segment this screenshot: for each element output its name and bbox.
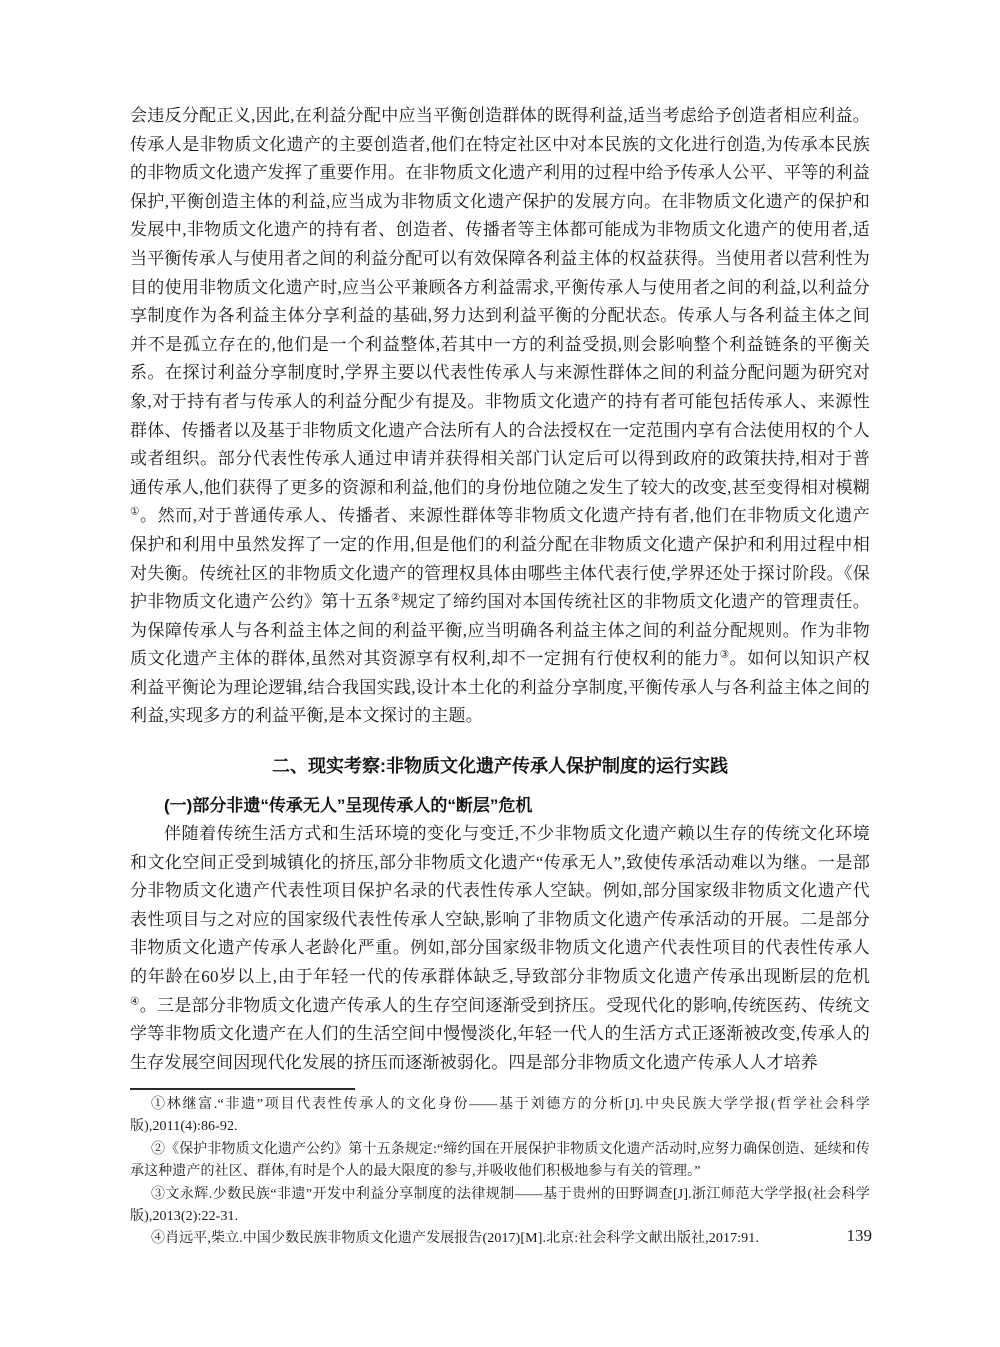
footnote-block: ①林继富.“非遗”项目代表性传承人的文化身份——基于刘德方的分析[J].中央民族… [130, 1088, 870, 1251]
body-text-column: 会违反分配正义,因此,在利益分配中应当平衡创造群体的既得利益,适当考虑给予创造者… [130, 102, 870, 1087]
page-number: 139 [847, 1226, 873, 1246]
footnote-marker-superscript: ④ [130, 996, 140, 1007]
footnote-1: ①林继富.“非遗”项目代表性传承人的文化身份——基于刘德方的分析[J].中央民族… [130, 1094, 870, 1139]
document-page: 会违反分配正义,因此,在利益分配中应当平衡创造群体的既得利益,适当考虑给予创造者… [0, 0, 1000, 1347]
footnote-separator-rule [130, 1088, 355, 1090]
text-run: 会违反分配正义,因此,在利益分配中应当平衡创造群体的既得利益,适当考虑给予创造者… [130, 106, 870, 497]
section-heading: 二、现实考察:非物质文化遗产传承人保护制度的运行实践 [130, 752, 870, 781]
footnote-2: ②《保护非物质文化遗产公约》第十五条规定:“缔约国在开展保护非物质文化遗产活动时… [130, 1139, 870, 1184]
text-run: 伴随着传统生活方式和生活环境的变化与变迁,不少非物质文化遗产赖以生存的传统文化环… [130, 824, 870, 986]
footnote-4: ④肖远平,柴立.中国少数民族非物质文化遗产发展报告(2017)[M].北京:社会… [130, 1228, 870, 1250]
subsection-heading: (一)部分非遗“传承无人”呈现传承人的“断层”危机 [130, 792, 870, 820]
paragraph-continued: 会违反分配正义,因此,在利益分配中应当平衡创造群体的既得利益,适当考虑给予创造者… [130, 102, 870, 731]
footnote-marker-superscript: ① [130, 507, 140, 518]
footnote-marker-superscript: ② [391, 592, 401, 603]
footnote-marker-superscript: ③ [720, 650, 730, 661]
text-run: 。三是部分非物质文化遗产传承人的生存空间逐渐受到挤压。受现代化的影响,传统医药、… [130, 996, 870, 1072]
footnote-3: ③文永辉.少数民族“非遗”开发中利益分享制度的法律规制——基于贵州的田野调查[J… [130, 1184, 870, 1229]
paragraph-2: 伴随着传统生活方式和生活环境的变化与变迁,不少非物质文化遗产赖以生存的传统文化环… [130, 820, 870, 1077]
